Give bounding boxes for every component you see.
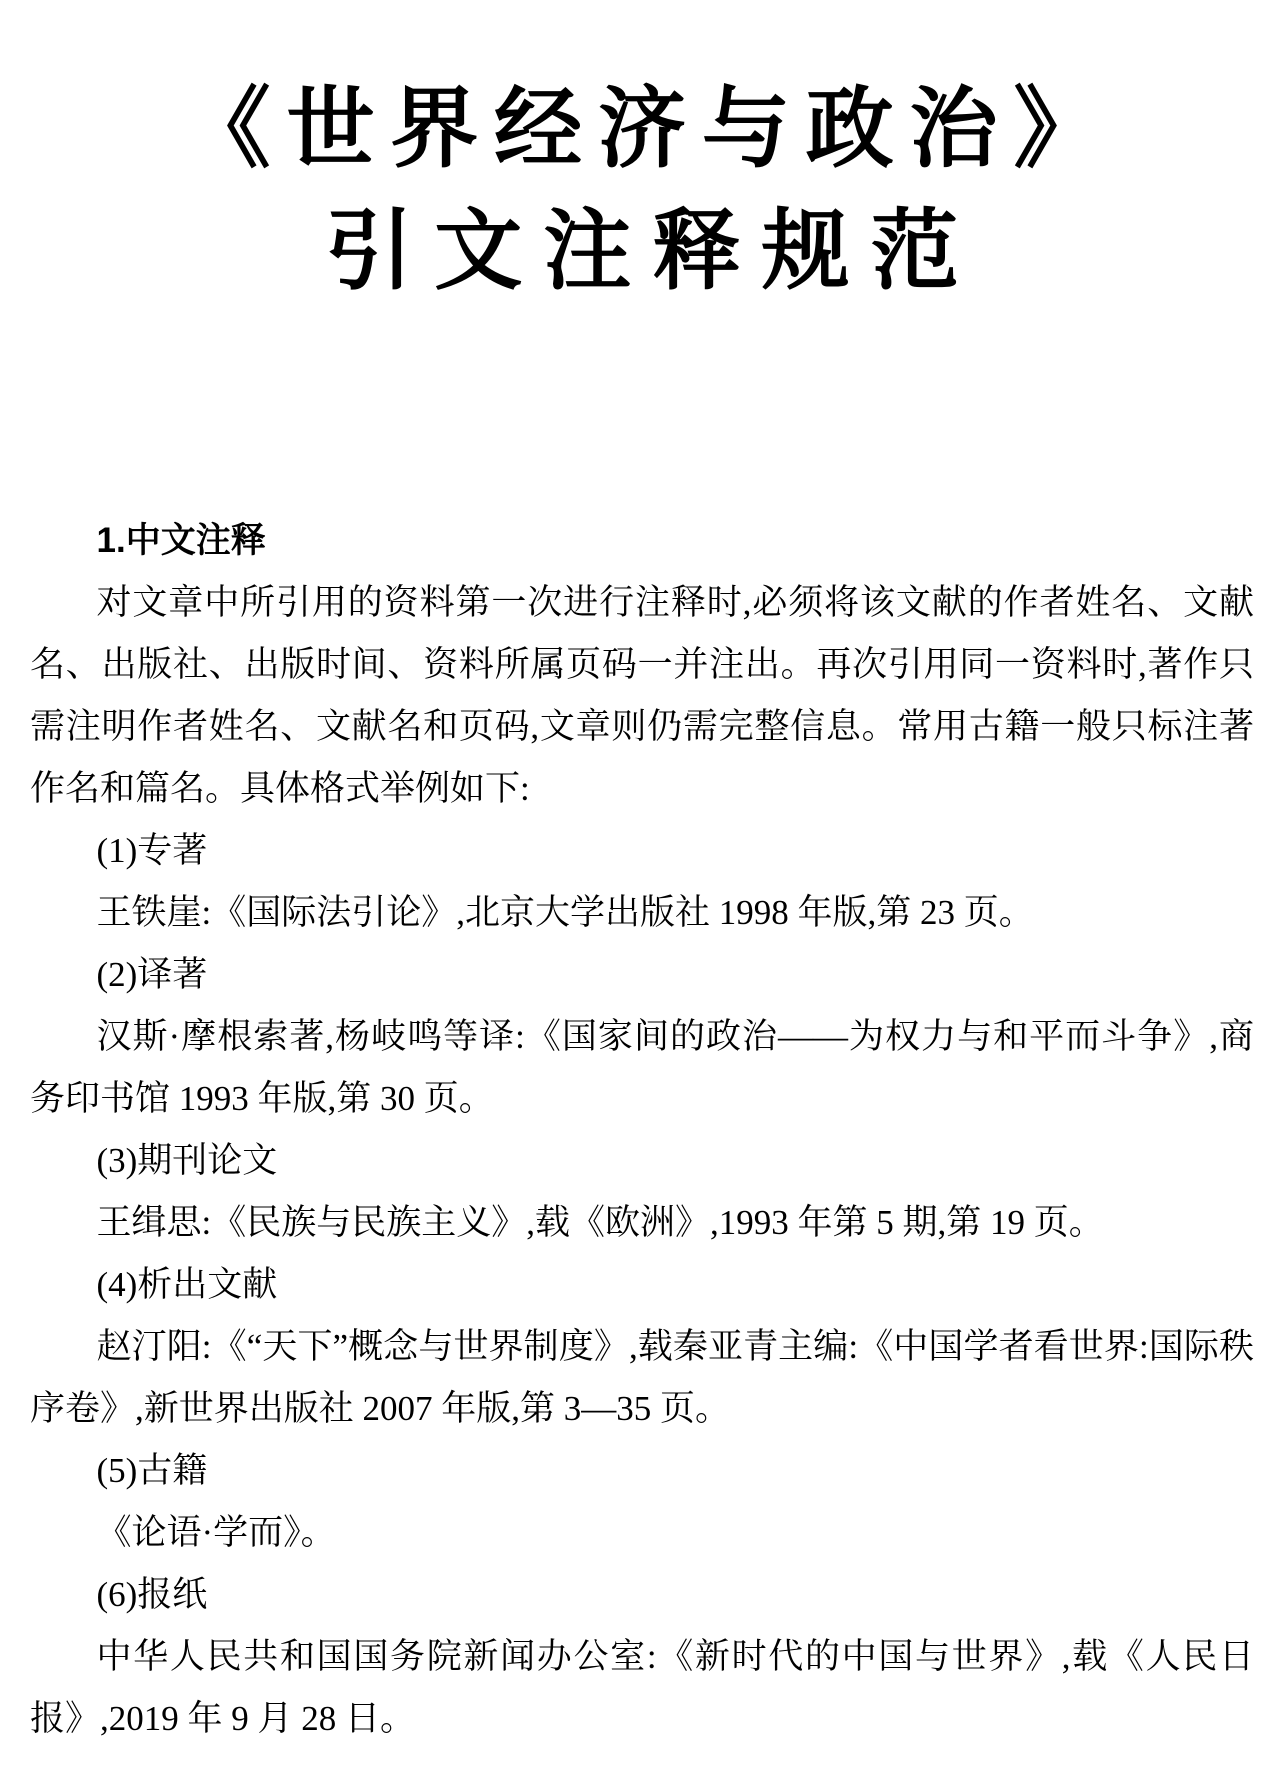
section-heading-chinese-annotations: 1.中文注释 — [30, 510, 1254, 572]
document-title-block: 《世界经济与政治》 引文注释规范 — [0, 0, 1284, 314]
intro-paragraph: 对文章中所引用的资料第一次进行注释时,必须将该文献的作者姓名、文献名、出版社、出… — [30, 572, 1254, 820]
document-body: 1.中文注释 对文章中所引用的资料第一次进行注释时,必须将该文献的作者姓名、文献… — [0, 510, 1284, 1750]
example-label-ancient-book: (5)古籍 — [30, 1440, 1254, 1502]
document-title-line-2: 引文注释规范 — [0, 192, 1284, 314]
example-label-extracted-literature: (4)析出文献 — [30, 1254, 1254, 1316]
example-label-journal-article: (3)期刊论文 — [30, 1130, 1254, 1192]
example-citation-extracted-literature: 赵汀阳:《“天下”概念与世界制度》,载秦亚青主编:《中国学者看世界:国际秩序卷》… — [30, 1316, 1254, 1440]
example-citation-monograph: 王铁崖:《国际法引论》,北京大学出版社 1998 年版,第 23 页。 — [30, 882, 1254, 944]
example-label-translated-work: (2)译著 — [30, 944, 1254, 1006]
example-label-monograph: (1)专著 — [30, 820, 1254, 882]
document-page: 《世界经济与政治》 引文注释规范 1.中文注释 对文章中所引用的资料第一次进行注… — [0, 0, 1284, 1765]
example-citation-ancient-book: 《论语·学而》。 — [30, 1502, 1254, 1564]
example-citation-newspaper: 中华人民共和国国务院新闻办公室:《新时代的中国与世界》,载《人民日报》,2019… — [30, 1626, 1254, 1750]
example-label-newspaper: (6)报纸 — [30, 1564, 1254, 1626]
document-title-line-1: 《世界经济与政治》 — [0, 70, 1284, 192]
example-citation-journal-article: 王缉思:《民族与民族主义》,载《欧洲》,1993 年第 5 期,第 19 页。 — [30, 1192, 1254, 1254]
example-citation-translated-work: 汉斯·摩根索著,杨岐鸣等译:《国家间的政治——为权力与和平而斗争》,商务印书馆 … — [30, 1006, 1254, 1130]
